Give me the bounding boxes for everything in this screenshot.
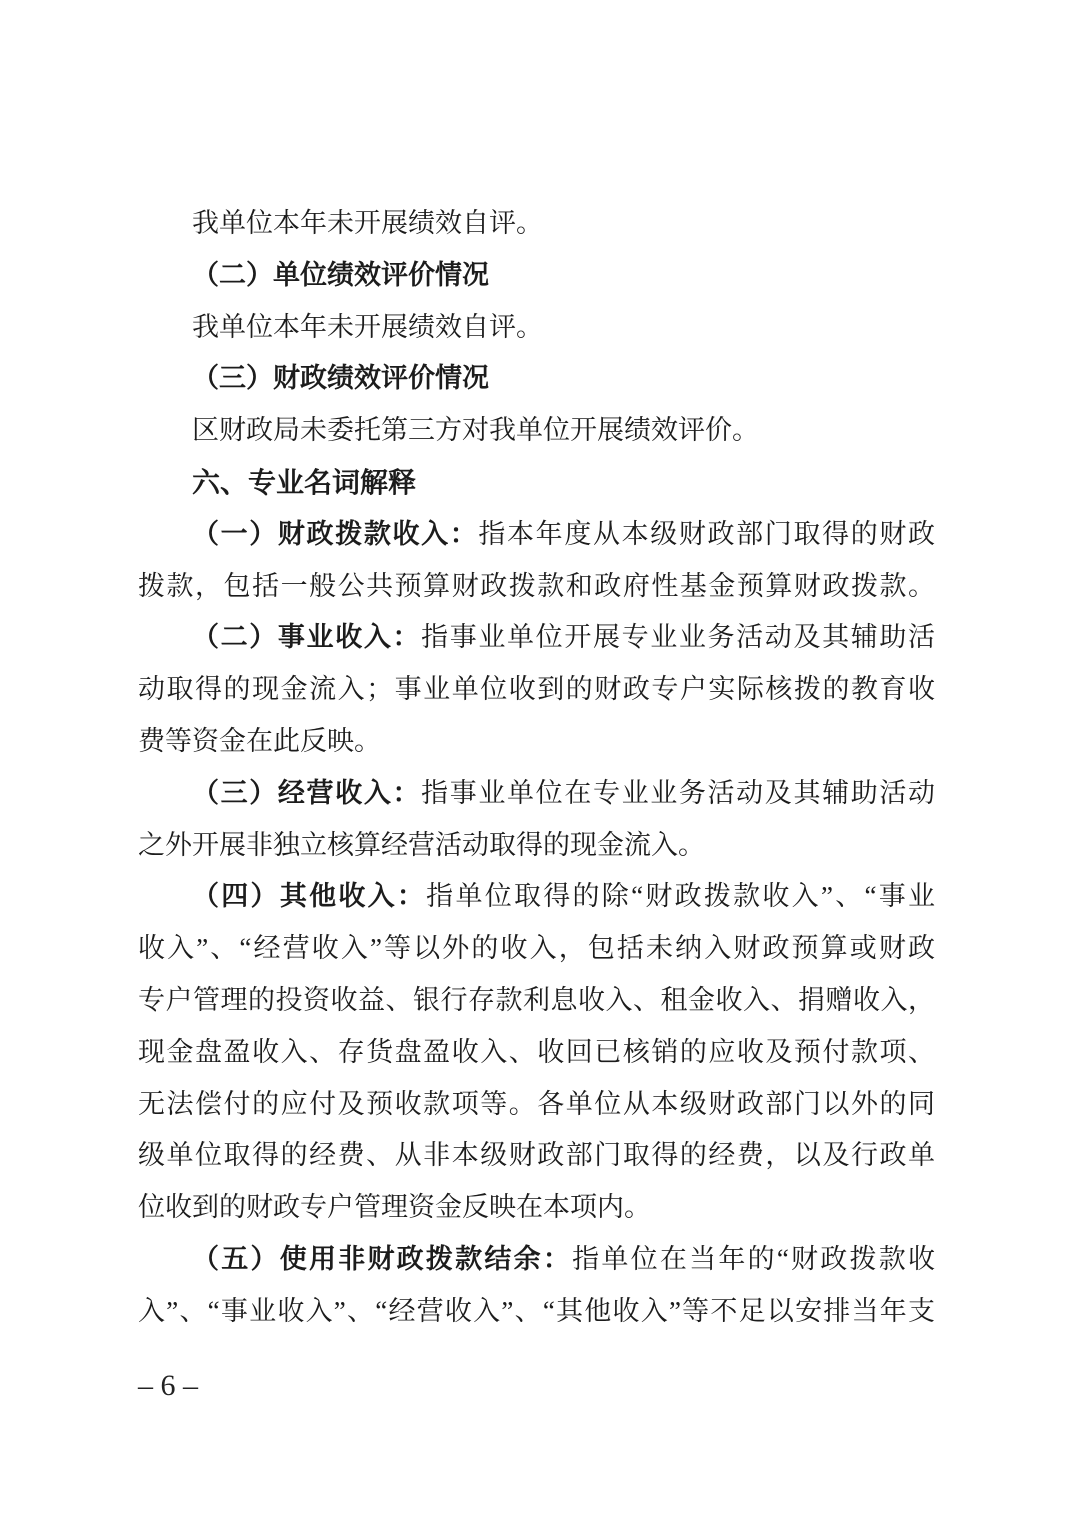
text-line: 级单位取得的经费、从非本级财政部门取得的经费，以及行政单 xyxy=(138,1130,935,1182)
line-text: 位收到的财政专户管理资金反映在本项内。 xyxy=(138,1192,651,1222)
text-line: 位收到的财政专户管理资金反映在本项内。 xyxy=(138,1182,935,1234)
term-lead-text: （二）事业收入： xyxy=(192,622,421,652)
line-text: 费等资金在此反映。 xyxy=(138,726,381,756)
text-line: 入”、“事业收入”、“经营收入”、“其他收入”等不足以安排当年支 xyxy=(138,1286,935,1338)
text-line: 动取得的现金流入；事业单位收到的财政专户实际核拨的教育收 xyxy=(138,664,935,716)
section-heading: 六、专业名词解释 xyxy=(138,457,935,509)
term-lead-text: （一）财政拨款收入： xyxy=(192,519,478,549)
text-line: （四）其他收入：指单位取得的除“财政拨款收入”、“事业 xyxy=(138,871,935,923)
line-text: 无法偿付的应付及预收款项等。各单位从本级财政部门以外的同 xyxy=(138,1089,935,1119)
line-text: 指单位取得的除“财政拨款收入”、“事业 xyxy=(426,881,935,911)
document-body: 我单位本年未开展绩效自评。（二）单位绩效评价情况我单位本年未开展绩效自评。（三）… xyxy=(138,198,935,1338)
term-lead-text: （四）其他收入： xyxy=(192,881,426,911)
sub-heading: （三）财政绩效评价情况 xyxy=(138,353,935,405)
text-line: 之外开展非独立核算经营活动取得的现金流入。 xyxy=(138,820,935,872)
line-text: 指事业单位在专业业务活动及其辅助活动 xyxy=(421,778,935,808)
term-lead-text: （三）经营收入： xyxy=(192,778,421,808)
line-text: 现金盘盈收入、存货盘盈收入、收回已核销的应收及预付款项、 xyxy=(138,1037,935,1067)
text-line: 专户管理的投资收益、银行存款利息收入、租金收入、捐赠收入， xyxy=(138,975,935,1027)
line-text: 指本年度从本级财政部门取得的财政 xyxy=(478,519,935,549)
text-line: （三）经营收入：指事业单位在专业业务活动及其辅助活动 xyxy=(138,768,935,820)
line-text: 入”、“事业收入”、“经营收入”、“其他收入”等不足以安排当年支 xyxy=(138,1296,935,1326)
page-number: – 6 – xyxy=(138,1366,198,1406)
line-text: 之外开展非独立核算经营活动取得的现金流入。 xyxy=(138,830,705,860)
line-text: 拨款，包括一般公共预算财政拨款和政府性基金预算财政拨款。 xyxy=(138,571,935,601)
text-line: 现金盘盈收入、存货盘盈收入、收回已核销的应收及预付款项、 xyxy=(138,1027,935,1079)
line-text: 收入”、“经营收入”等以外的收入，包括未纳入财政预算或财政 xyxy=(138,933,935,963)
text-line: 拨款，包括一般公共预算财政拨款和政府性基金预算财政拨款。 xyxy=(138,561,935,613)
text-line: （一）财政拨款收入：指本年度从本级财政部门取得的财政 xyxy=(138,509,935,561)
line-text: 专户管理的投资收益、银行存款利息收入、租金收入、捐赠收入， xyxy=(138,985,935,1015)
line-text: 区财政局未委托第三方对我单位开展绩效评价。 xyxy=(192,415,759,445)
sub-heading: （二）单位绩效评价情况 xyxy=(138,250,935,302)
line-text: （三）财政绩效评价情况 xyxy=(192,363,489,393)
term-lead-text: （五）使用非财政拨款结余： xyxy=(192,1244,572,1274)
line-text: （二）单位绩效评价情况 xyxy=(192,260,489,290)
text-line: 我单位本年未开展绩效自评。 xyxy=(138,302,935,354)
line-text: 动取得的现金流入；事业单位收到的财政专户实际核拨的教育收 xyxy=(138,674,935,704)
line-text: 级单位取得的经费、从非本级财政部门取得的经费，以及行政单 xyxy=(138,1140,935,1170)
text-line: 收入”、“经营收入”等以外的收入，包括未纳入财政预算或财政 xyxy=(138,923,935,975)
line-text: 六、专业名词解释 xyxy=(192,467,416,498)
text-line: 无法偿付的应付及预收款项等。各单位从本级财政部门以外的同 xyxy=(138,1079,935,1131)
text-line: （五）使用非财政拨款结余：指单位在当年的“财政拨款收 xyxy=(138,1234,935,1286)
line-text: 指单位在当年的“财政拨款收 xyxy=(572,1244,935,1274)
line-text: 我单位本年未开展绩效自评。 xyxy=(192,208,543,238)
line-text: 我单位本年未开展绩效自评。 xyxy=(192,312,543,342)
text-line: （二）事业收入：指事业单位开展专业业务活动及其辅助活 xyxy=(138,612,935,664)
document-page: 我单位本年未开展绩效自评。（二）单位绩效评价情况我单位本年未开展绩效自评。（三）… xyxy=(0,0,1075,1520)
text-line: 我单位本年未开展绩效自评。 xyxy=(138,198,935,250)
line-text: 指事业单位开展专业业务活动及其辅助活 xyxy=(421,622,935,652)
text-line: 费等资金在此反映。 xyxy=(138,716,935,768)
text-line: 区财政局未委托第三方对我单位开展绩效评价。 xyxy=(138,405,935,457)
